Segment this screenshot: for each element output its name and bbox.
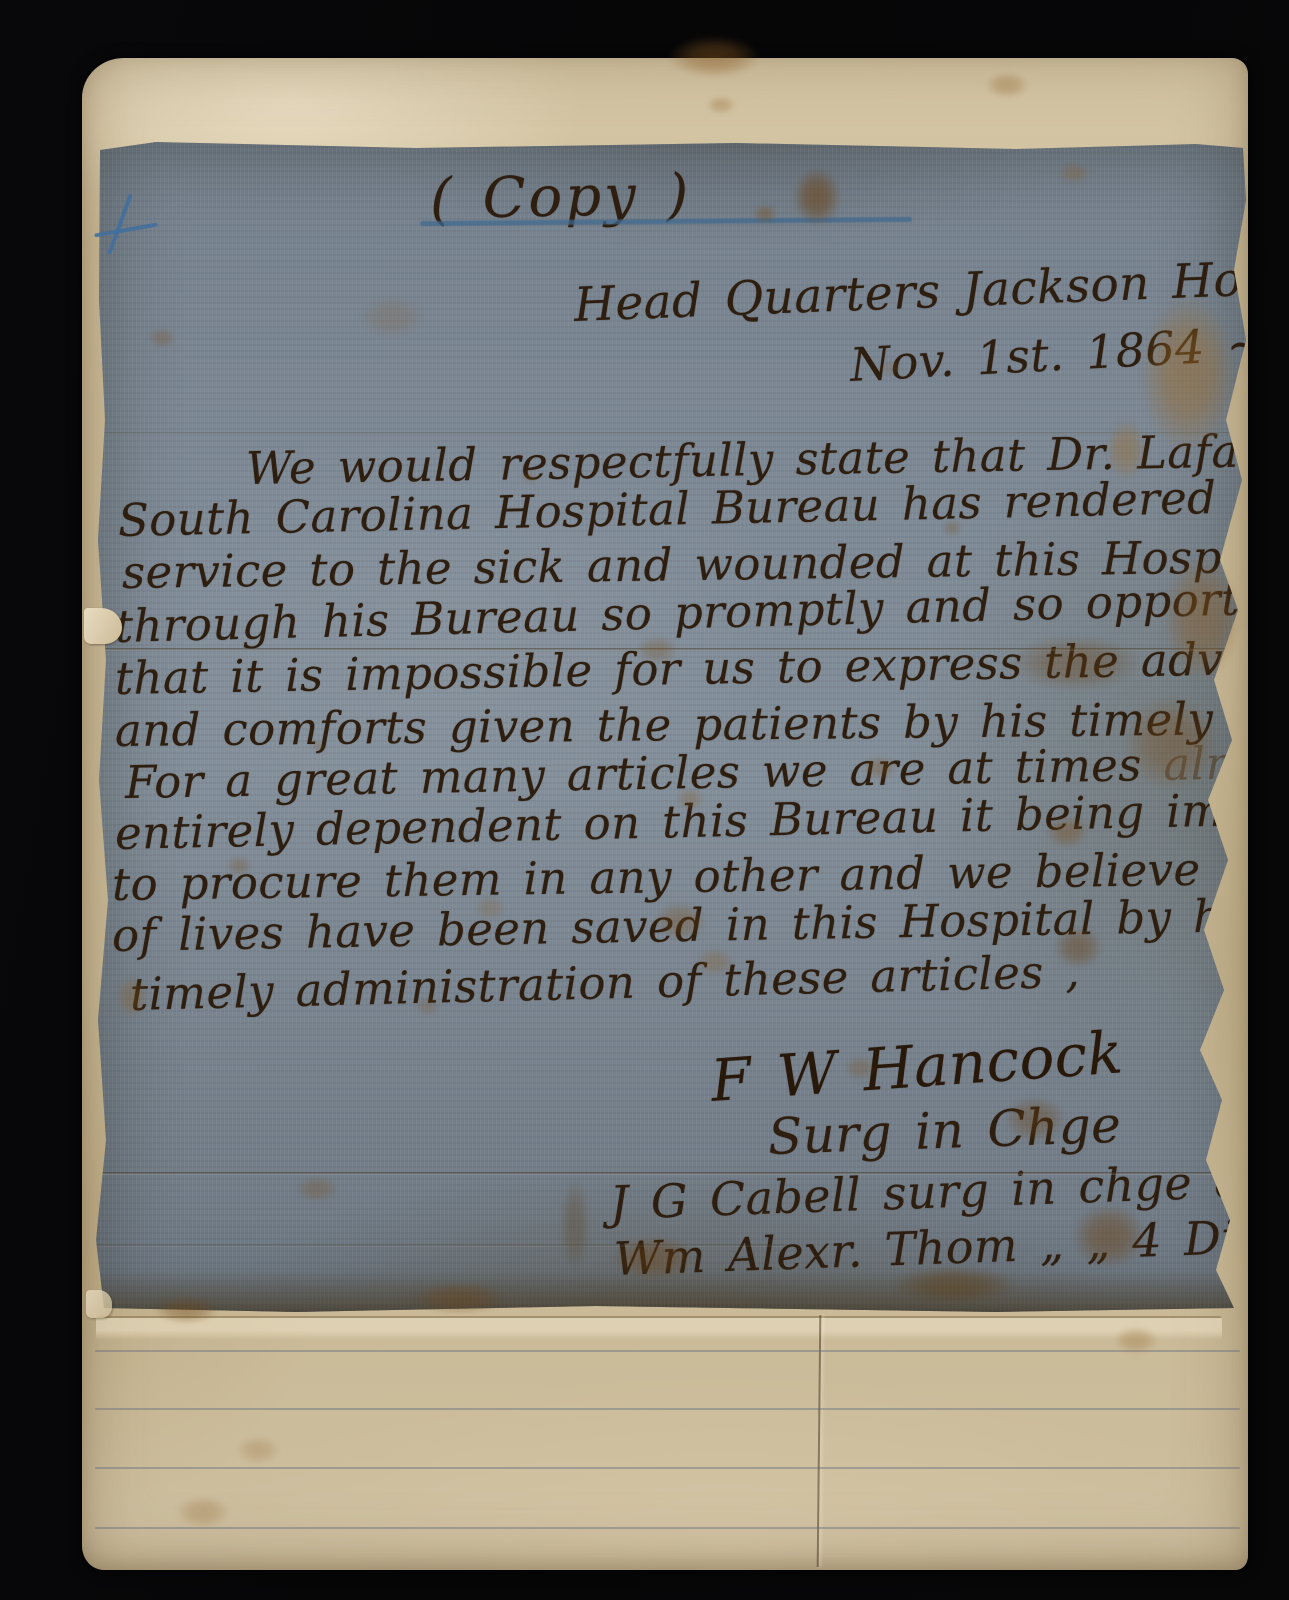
letter-date: Nov. 1st. 1864 ~	[849, 320, 1267, 388]
ruled-line	[95, 1408, 1240, 1410]
ruled-line	[95, 1350, 1240, 1352]
photographed-document: ( Copy ) Head Quarters Jackson Hospital …	[0, 0, 1289, 1600]
ruled-line	[95, 1467, 1240, 1469]
signature-hancock-title: Surg in Chge	[767, 1100, 1122, 1162]
blue-letter-sheet: ( Copy ) Head Quarters Jackson Hospital …	[96, 140, 1246, 1312]
ruled-line	[95, 1527, 1240, 1529]
letter-heading: Head Quarters Jackson Hospital	[573, 251, 1289, 329]
torn-paper-edge	[96, 1316, 1222, 1340]
